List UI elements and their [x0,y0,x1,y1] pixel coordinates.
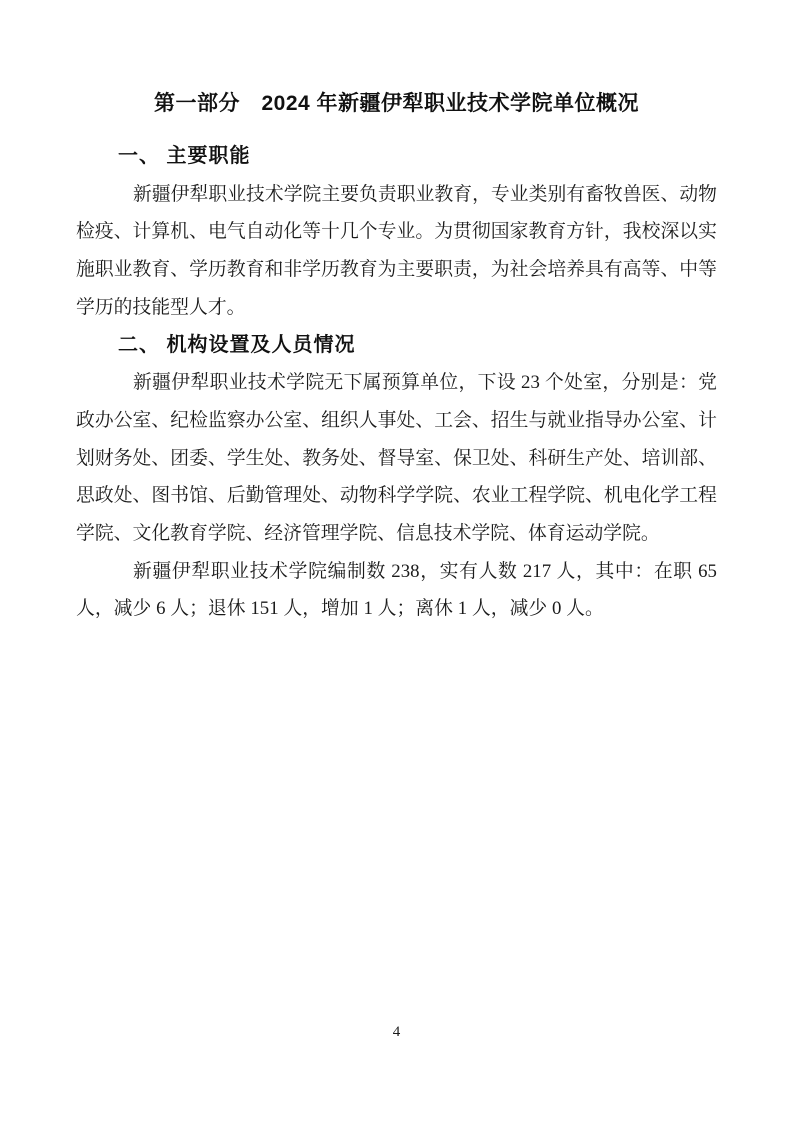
page-number: 4 [0,1022,793,1042]
section-2-paragraph-1: 新疆伊犁职业技术学院无下属预算单位，下设 23 个处室，分别是：党政办公室、纪检… [76,364,717,553]
document-page: 第一部分 2024 年新疆伊犁职业技术学院单位概况 一、 主要职能 新疆伊犁职业… [0,0,793,1122]
page-title: 第一部分 2024 年新疆伊犁职业技术学院单位概况 [76,0,717,118]
section-organization-staff: 二、 机构设置及人员情况 新疆伊犁职业技术学院无下属预算单位，下设 23 个处室… [76,327,717,629]
section-2-heading: 二、 机构设置及人员情况 [76,327,717,365]
section-1-paragraph-1: 新疆伊犁职业技术学院主要负责职业教育，专业类别有畜牧兽医、动物检疫、计算机、电气… [76,176,717,327]
page-content: 第一部分 2024 年新疆伊犁职业技术学院单位概况 一、 主要职能 新疆伊犁职业… [0,0,793,628]
section-2-paragraph-2: 新疆伊犁职业技术学院编制数 238，实有人数 217 人，其中：在职 65 人，… [76,553,717,628]
section-1-heading: 一、 主要职能 [76,138,717,176]
section-main-duties: 一、 主要职能 新疆伊犁职业技术学院主要负责职业教育，专业类别有畜牧兽医、动物检… [76,138,717,327]
